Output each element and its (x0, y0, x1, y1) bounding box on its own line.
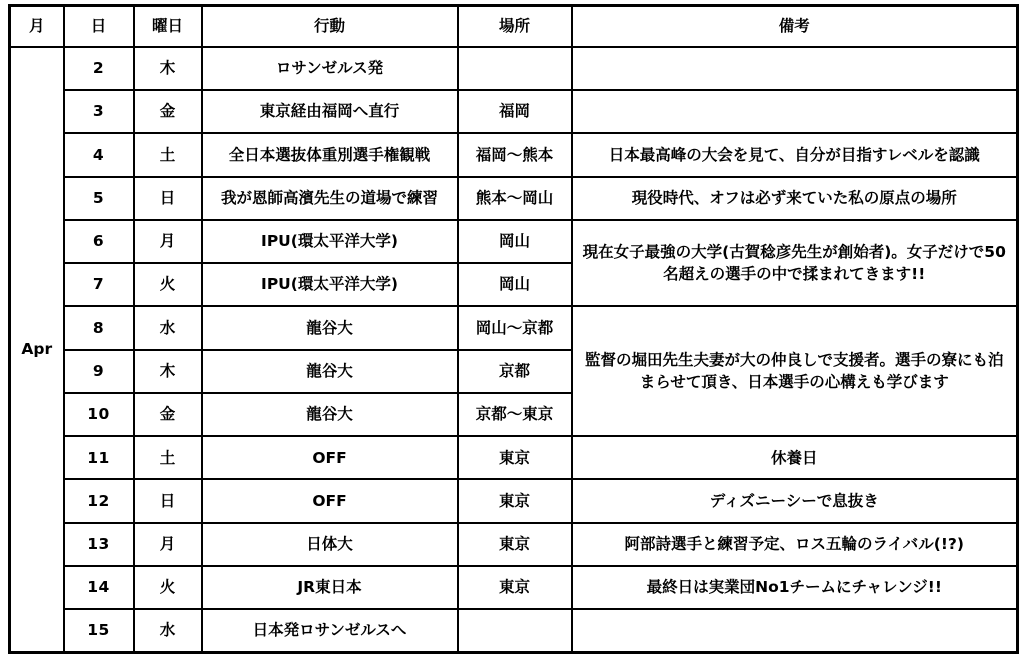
action-cell: IPU(環太平洋大学) (202, 263, 458, 306)
weekday-cell: 火 (134, 263, 202, 306)
weekday-cell: 金 (134, 90, 202, 133)
action-cell: 全日本選抜体重別選手権観戦 (202, 133, 458, 176)
table-row: 15 水 日本発ロサンゼルスへ (10, 609, 1018, 652)
table-row: Apr 2 木 ロサンゼルス発 (10, 47, 1018, 90)
place-cell: 東京 (458, 523, 572, 566)
day-cell: 4 (64, 133, 134, 176)
weekday-cell: 水 (134, 609, 202, 652)
action-cell: 龍谷大 (202, 350, 458, 393)
day-cell: 2 (64, 47, 134, 90)
action-cell: JR東日本 (202, 566, 458, 609)
weekday-cell: 月 (134, 523, 202, 566)
header-place: 場所 (458, 6, 572, 47)
action-cell: OFF (202, 479, 458, 522)
action-cell: 龍谷大 (202, 393, 458, 436)
schedule-page: 月 日 曜日 行動 場所 備考 Apr 2 木 ロサンゼルス発 3 金 東京経由… (0, 0, 1024, 658)
note-cell (572, 47, 1018, 90)
table-row: 14 火 JR東日本 東京 最終日は実業団No1チームにチャレンジ!! (10, 566, 1018, 609)
weekday-cell: 木 (134, 47, 202, 90)
note-cell: 日本最高峰の大会を見て、自分が目指すレベルを認識 (572, 133, 1018, 176)
weekday-cell: 火 (134, 566, 202, 609)
table-row: 5 日 我が恩師高濱先生の道場で練習 熊本〜岡山 現役時代、オフは必ず来ていた私… (10, 177, 1018, 220)
day-cell: 8 (64, 306, 134, 349)
weekday-cell: 土 (134, 436, 202, 479)
action-cell: 我が恩師高濱先生の道場で練習 (202, 177, 458, 220)
header-note: 備考 (572, 6, 1018, 47)
day-cell: 12 (64, 479, 134, 522)
day-cell: 14 (64, 566, 134, 609)
header-day: 日 (64, 6, 134, 47)
schedule-table: 月 日 曜日 行動 場所 備考 Apr 2 木 ロサンゼルス発 3 金 東京経由… (8, 4, 1019, 654)
action-cell: 日本発ロサンゼルスへ (202, 609, 458, 652)
header-action: 行動 (202, 6, 458, 47)
day-cell: 10 (64, 393, 134, 436)
day-cell: 5 (64, 177, 134, 220)
place-cell: 岡山 (458, 220, 572, 263)
note-cell: 現役時代、オフは必ず来ていた私の原点の場所 (572, 177, 1018, 220)
place-cell: 東京 (458, 436, 572, 479)
place-cell: 熊本〜岡山 (458, 177, 572, 220)
header-row: 月 日 曜日 行動 場所 備考 (10, 6, 1018, 47)
action-cell: 日体大 (202, 523, 458, 566)
note-cell: 阿部詩選手と練習予定、ロス五輪のライバル(!?) (572, 523, 1018, 566)
place-cell: 東京 (458, 479, 572, 522)
header-weekday: 曜日 (134, 6, 202, 47)
weekday-cell: 日 (134, 177, 202, 220)
place-cell: 岡山 (458, 263, 572, 306)
table-row: 11 土 OFF 東京 休養日 (10, 436, 1018, 479)
note-cell (572, 609, 1018, 652)
place-cell: 岡山〜京都 (458, 306, 572, 349)
day-cell: 3 (64, 90, 134, 133)
header-month: 月 (10, 6, 64, 47)
weekday-cell: 日 (134, 479, 202, 522)
day-cell: 6 (64, 220, 134, 263)
table-row: 8 水 龍谷大 岡山〜京都 監督の堀田先生夫妻が大の仲良しで支援者。選手の寮にも… (10, 306, 1018, 349)
note-cell: 休養日 (572, 436, 1018, 479)
place-cell: 福岡 (458, 90, 572, 133)
note-cell-merged: 監督の堀田先生夫妻が大の仲良しで支援者。選手の寮にも泊まらせて頂き、日本選手の心… (572, 306, 1018, 436)
place-cell (458, 47, 572, 90)
note-cell: 最終日は実業団No1チームにチャレンジ!! (572, 566, 1018, 609)
note-cell (572, 90, 1018, 133)
weekday-cell: 月 (134, 220, 202, 263)
action-cell: IPU(環太平洋大学) (202, 220, 458, 263)
place-cell: 福岡〜熊本 (458, 133, 572, 176)
table-row: 12 日 OFF 東京 ディズニーシーで息抜き (10, 479, 1018, 522)
table-row: 4 土 全日本選抜体重別選手権観戦 福岡〜熊本 日本最高峰の大会を見て、自分が目… (10, 133, 1018, 176)
day-cell: 11 (64, 436, 134, 479)
day-cell: 9 (64, 350, 134, 393)
place-cell: 京都 (458, 350, 572, 393)
place-cell: 京都〜東京 (458, 393, 572, 436)
table-row: 13 月 日体大 東京 阿部詩選手と練習予定、ロス五輪のライバル(!?) (10, 523, 1018, 566)
action-cell: ロサンゼルス発 (202, 47, 458, 90)
weekday-cell: 木 (134, 350, 202, 393)
month-cell: Apr (10, 47, 64, 653)
action-cell: 龍谷大 (202, 306, 458, 349)
note-cell: ディズニーシーで息抜き (572, 479, 1018, 522)
place-cell (458, 609, 572, 652)
action-cell: 東京経由福岡へ直行 (202, 90, 458, 133)
table-row: 6 月 IPU(環太平洋大学) 岡山 現在女子最強の大学(古賀稔彦先生が創始者)… (10, 220, 1018, 263)
action-cell: OFF (202, 436, 458, 479)
note-cell-merged: 現在女子最強の大学(古賀稔彦先生が創始者)。女子だけで50名超えの選手の中で揉ま… (572, 220, 1018, 307)
day-cell: 7 (64, 263, 134, 306)
weekday-cell: 土 (134, 133, 202, 176)
day-cell: 13 (64, 523, 134, 566)
day-cell: 15 (64, 609, 134, 652)
table-row: 3 金 東京経由福岡へ直行 福岡 (10, 90, 1018, 133)
place-cell: 東京 (458, 566, 572, 609)
weekday-cell: 金 (134, 393, 202, 436)
weekday-cell: 水 (134, 306, 202, 349)
